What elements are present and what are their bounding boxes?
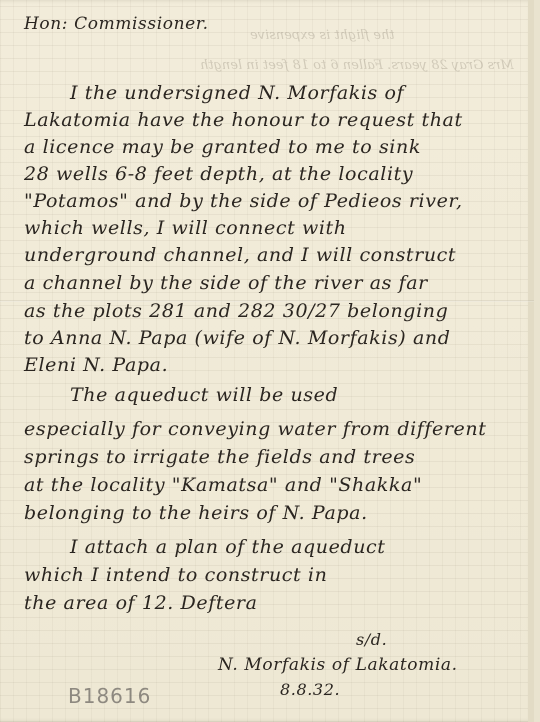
body-line: a channel by the side of the river as fa…	[24, 272, 428, 294]
page-edge	[528, 0, 534, 722]
salutation: Hon: Commissioner.	[24, 14, 209, 34]
body-line: to Anna N. Papa (wife of N. Morfakis) an…	[24, 327, 450, 349]
body-line: which I intend to construct in	[24, 564, 327, 586]
body-line: "Potamos" and by the side of Pedieos riv…	[24, 190, 463, 212]
bleed-through-text: Mrs Gray 28 years. Fallen 6 to 18 feet i…	[200, 58, 514, 73]
body-line: I the undersigned N. Morfakis of	[70, 82, 404, 104]
body-line: a licence may be granted to me to sink	[24, 136, 421, 158]
body-line: underground channel, and I will construc…	[24, 244, 456, 266]
signature-sd: s/d.	[356, 630, 387, 649]
body-line: the area of 12. Deftera	[24, 592, 258, 614]
bleed-through-text: the flight is expensive	[250, 28, 395, 43]
body-line: I attach a plan of the aqueduct	[70, 536, 386, 558]
body-line: which wells, I will connect with	[24, 217, 347, 239]
body-line: Lakatomia have the honour to request tha…	[24, 109, 463, 131]
body-line: as the plots 281 and 282 30/27 belonging	[24, 300, 448, 322]
archive-number: B18616	[68, 684, 151, 708]
signature-name: N. Morfakis of Lakatomia.	[218, 655, 458, 675]
body-line: at the locality "Kamatsa" and "Shakka"	[24, 474, 422, 496]
body-line: 28 wells 6-8 feet depth, at the locality	[24, 163, 413, 185]
letter-page: the flight is expensive Mrs Gray 28 year…	[0, 0, 534, 722]
body-line: The aqueduct will be used	[70, 384, 338, 406]
body-line: especially for conveying water from diff…	[24, 418, 486, 440]
body-line: belonging to the heirs of N. Papa.	[24, 502, 368, 524]
signature-date: 8.8.32.	[280, 680, 340, 699]
body-line: Eleni N. Papa.	[24, 354, 168, 376]
body-line: springs to irrigate the fields and trees	[24, 446, 415, 468]
